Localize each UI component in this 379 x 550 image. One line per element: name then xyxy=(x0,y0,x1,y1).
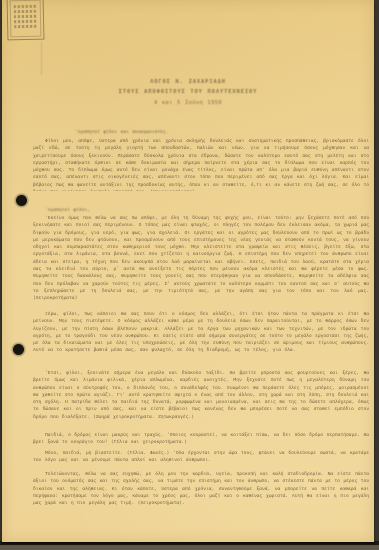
salutation-1: 'Αγαπητοί φίλοι και συναγωνιστές. xyxy=(33,129,369,136)
archive-stamp-icon xyxy=(7,0,45,40)
paragraph-7: Τελειώνοντας, θέλω να σας ευχηθώ, με όλη… xyxy=(33,471,369,507)
archive-stamp-inner-frame xyxy=(10,0,42,37)
paragraph-4: 'Ετσι, φίλοι, ξεκινάτε σήμερα ένα μεγάλο… xyxy=(33,370,369,421)
paragraph-6: Μόνο, παιδιά, μη βιαστείτε. (Γέλια. Φωνέ… xyxy=(33,450,369,465)
paragraph-1: Φίλοι μου, απόψε, ύστερα από χρόνια και … xyxy=(33,138,369,191)
paragraph-2: 'Εκείνο όμως που θέλω να σας πω απόψε, μ… xyxy=(33,215,369,303)
hole-punch-bottom xyxy=(13,344,24,355)
paragraph-3: Ξέρω, φίλοι, πως κάποιοι θα σας πουν ότι… xyxy=(33,311,369,355)
title-date-line: 4 και 5 Ιούνη 1950 xyxy=(2,98,374,108)
hole-punch-top xyxy=(16,195,27,206)
document-scan: ΛΟΓΟΣ Ν. ΖΑΧΑΡΙΑΔΗ ΣΤΟΥΣ ΑΠΟΦΟΙΤΟΥΣ ΤΟΥ … xyxy=(0,0,379,550)
document-title: ΛΟΓΟΣ Ν. ΖΑΧΑΡΙΑΔΗ ΣΤΟΥΣ ΑΠΟΦΟΙΤΟΥΣ ΤΟΥ … xyxy=(2,77,374,108)
salutation-2: 'Αγαπητοί φίλοι, xyxy=(33,207,369,214)
paragraph-5: Παιδιά, ο δρόμος είναι μακρύς και τραχύς… xyxy=(33,432,369,447)
title-line-2: ΣΤΟΥΣ ΑΠΟΦΟΙΤΟΥΣ ΤΟΥ ΠΟΛΥΤΕΧΝΕΙΟΥ xyxy=(2,87,374,97)
paper-crease xyxy=(41,41,42,75)
title-line-1: ΛΟΓΟΣ Ν. ΖΑΧΑΡΙΑΔΗ xyxy=(2,77,374,87)
scan-background-strip xyxy=(0,545,379,550)
paper: ΛΟΓΟΣ Ν. ΖΑΧΑΡΙΑΔΗ ΣΤΟΥΣ ΑΠΟΦΟΙΤΟΥΣ ΤΟΥ … xyxy=(2,0,374,542)
